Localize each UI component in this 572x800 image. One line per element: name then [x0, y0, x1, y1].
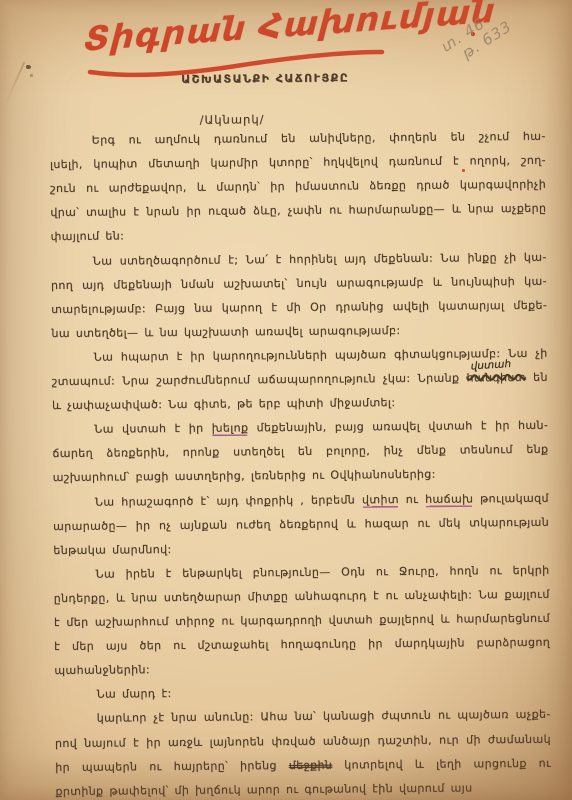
text-run: Նա վստահ է իր: [94, 422, 212, 436]
text-run: են: [526, 371, 548, 384]
text-run: նա ստեղծել— և նա կաշխատի առավել արագությ…: [51, 324, 400, 340]
text-run: շտապում: Նրա շարժումներում աճապարողությո…: [52, 371, 467, 388]
text-line: լսելի, կոպիտ մետաղի կարմիր կտորը՝ հղկվել…: [50, 153, 546, 172]
text-run: Նա մարդ է:: [97, 687, 172, 701]
text-run: և չափաչափված: Նա գիտե, թե երբ պիտի միջամ…: [52, 396, 395, 412]
typewritten-text-block: ԱՇԽԱՏԱՆՔԻ ՀԱՃՈՒՅՔԸ /Ակնարկ/ Երգ ու աղմու…: [0, 0, 572, 800]
text-run: փայլում են:: [51, 230, 125, 244]
text-line: է մեր աշխարհում տիրոջ ու կարգադրողի վստա…: [54, 611, 550, 630]
underlined-word: խելոք: [212, 422, 249, 435]
text-run: ենթակա մարմնով:: [53, 543, 171, 557]
text-run: ու: [399, 492, 425, 505]
document-subtitle: /Ակնարկ/: [199, 112, 264, 127]
text-line: Նա իրեն է ենթարկել բնությունը— Օդն ու Ջո…: [53, 563, 549, 582]
text-line: աշխարհում՝ բացի աստղերից, լեռներից ու Օվ…: [53, 466, 549, 485]
text-line: ենթակա մարմնով:: [53, 538, 549, 557]
text-run: Նա հրաշագործ է՝ այդ փոքրիկ , երբեմն: [95, 493, 362, 508]
body-text: Երգ ու աղմուկ դառնում են անիվները, փողեր…: [0, 0, 568, 3]
underlined-word: վտիտ: [362, 493, 399, 506]
text-line: րող այդ մեքենայի նման աշխատել՝ նույն արա…: [51, 273, 547, 292]
text-line: շուն ու արժեքավոր, և մարդն՝ իր իմաստուն …: [50, 177, 546, 196]
text-line: Նա վստահ է իր խելոք մեքենային, բայց առավ…: [52, 418, 548, 437]
text-run: Նա իրեն է ենթարկել բնությունը— Օդն ու Ջո…: [95, 564, 549, 581]
text-line: ճարեղ ձեռքերին, որոնք ստեղծել են բոլորը,…: [52, 442, 548, 461]
text-line: է մեր այս ծեր ու մշտաջահել հողագունդը իր…: [54, 635, 550, 654]
handwritten-correction: վստահ: [470, 357, 511, 374]
text-run: է մեր այս ծեր ու մշտաջահել հողագունդը իր…: [54, 636, 550, 653]
text-run: ճարեղ ձեռքերին, որոնք ստեղծել են բոլորը,…: [52, 443, 548, 460]
text-run: տարելությամբ: Բայց նա կարող է մի Օր դրան…: [51, 298, 547, 315]
text-line: Նա մարդ է:: [54, 683, 550, 702]
text-line: շտապում: Նրա շարժումներում աճապարողությո…: [52, 370, 548, 389]
text-line: ընդերքը, և նրա ստեղծարար միտքը անհագուրդ…: [54, 587, 550, 606]
text-line: Երգ ու աղմուկ դառնում են անիվները, փողեր…: [50, 129, 546, 148]
text-run: Նա ստեղծագործում է; Նա՛ է հորինել այդ մե…: [93, 250, 547, 267]
text-line: կարևոր չէ նրա անունը: Ահա նա՝ կանացի ժպտ…: [55, 707, 551, 726]
manuscript-paper: Տիգրան Հախումյան տ. 46 թ. 633 ԱՇԽԱՏԱՆՔԻ …: [0, 0, 572, 800]
text-run: Երգ ու աղմուկ դառնում են անիվները, փողեր…: [92, 130, 546, 147]
text-line: պահանջներին:: [54, 659, 550, 678]
text-run: կոտրելով և լեղի արցունք ու: [332, 756, 551, 771]
text-line: րով նայում է իր առջև լայնորեն փռված անծա…: [55, 731, 551, 750]
text-line: Նա հրաշագործ է՝ այդ փոքրիկ , երբեմն վտիտ…: [53, 490, 549, 509]
text-run: լսելի, կոպիտ մետաղի կարմիր կտորը՝ հղկվել…: [50, 154, 546, 171]
text-line: վրա՝ տալիս է նրան իր ուզած ձևը, չափն ու …: [50, 201, 546, 220]
text-run: պահանջներին:: [54, 663, 150, 677]
text-run: է մեր աշխարհում տիրոջ ու կարգադրողի վստա…: [54, 612, 550, 629]
document-title: ԱՇԽԱՏԱՆՔԻ ՀԱՃՈՒՅՔԸ: [181, 71, 349, 85]
text-line: տարելությամբ: Բայց նա կարող է մի Օր դրան…: [51, 297, 547, 316]
text-run: ընդերքը, և նրա ստեղծարար միտքը անհագուրդ…: [54, 588, 550, 605]
struck-word: մեջքին: [289, 758, 333, 771]
text-run: շուն ու արժեքավոր, և մարդն՝ իր իմաստուն …: [50, 178, 546, 195]
text-run: վրա՝ տալիս է նրան իր ուզած ձևը, չափն ու …: [50, 202, 546, 219]
text-run: արարածը— իր ոչ այնքան ուժեղ ձեռքերով և հ…: [53, 515, 549, 532]
underlined-word: հաճախ: [425, 492, 473, 505]
text-run: մեքենային, բայց առավել վստահ է իր հան-: [248, 419, 548, 435]
struck-word: հանգիստվստահ: [466, 371, 525, 385]
text-run: թուլակազմ: [473, 491, 549, 505]
text-line: և չափաչափված: Նա գիտե, թե երբ պիտի միջամ…: [52, 394, 548, 413]
text-run: իր պապերն ու հայրերը՝ իրենց: [55, 759, 289, 774]
text-line: Նա ստեղծագործում է; Նա՛ է հորինել այդ մե…: [51, 249, 547, 268]
text-run: քրտինք թափելով՝ մի խղճուկ արոր ու գութան…: [55, 781, 472, 798]
text-run: րող այդ մեքենայի նման աշխատել՝ նույն արա…: [51, 274, 547, 291]
text-run: աշխարհում՝ բացի աստղերից, լեռներից ու Օվ…: [53, 468, 436, 484]
text-line: քրտինք թափելով՝ մի խղճուկ արոր ու գութան…: [55, 779, 551, 798]
text-run: րով նայում է իր առջև լայնորեն փռված անծա…: [55, 732, 551, 749]
text-line: արարածը— իր ոչ այնքան ուժեղ ձեռքերով և հ…: [53, 514, 549, 533]
text-line: իր պապերն ու հայրերը՝ իրենց մեջքին կոտրե…: [55, 755, 551, 774]
text-run: կարևոր չէ նրա անունը: Ահա նա՝ կանացի ժպտ…: [97, 708, 551, 725]
text-line: փայլում են:: [51, 225, 547, 244]
text-line: նա ստեղծել— և նա կաշխատի առավել արագությ…: [51, 322, 547, 341]
